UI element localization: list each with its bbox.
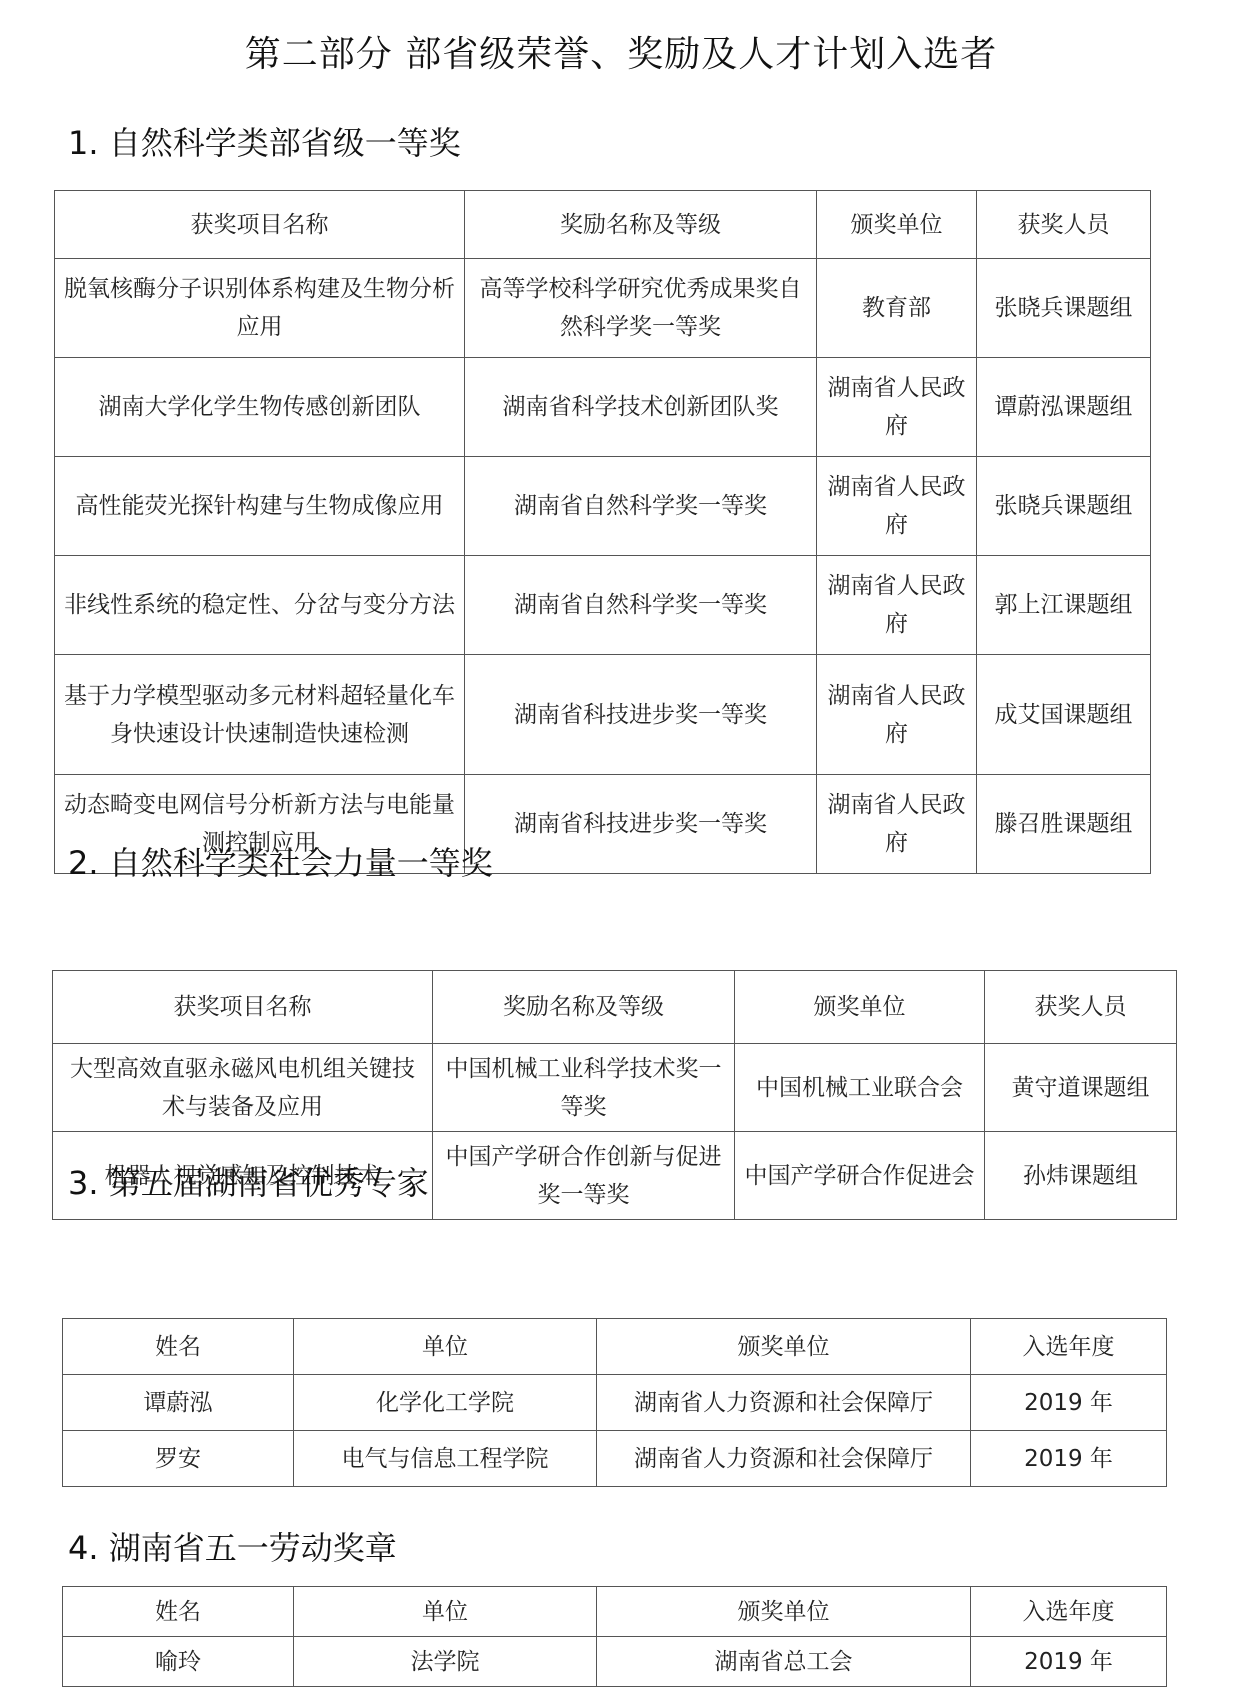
cell-year: 2019 年 [971, 1375, 1167, 1431]
section-heading-4: 4. 湖南省五一劳动奖章 [68, 1523, 397, 1569]
header-winners: 获奖人员 [977, 191, 1151, 259]
table-hunan-outstanding-experts: 姓名 单位 颁奖单位 入选年度 谭蔚泓 化学化工学院 湖南省人力资源和社会保障厅… [62, 1318, 1167, 1487]
cell-winners: 滕召胜课题组 [977, 775, 1151, 874]
cell-name: 喻玲 [63, 1637, 294, 1687]
header-issuer: 颁奖单位 [817, 191, 977, 259]
cell-name: 谭蔚泓 [63, 1375, 294, 1431]
cell-winners: 张晓兵课题组 [977, 457, 1151, 556]
cell-unit: 电气与信息工程学院 [294, 1431, 597, 1487]
cell-issuer: 湖南省人民政府 [817, 655, 977, 775]
page-title: 第二部分 部省级荣誉、奖励及人才计划入选者 [0, 26, 1242, 77]
header-award-name: 奖励名称及等级 [465, 191, 817, 259]
cell-year: 2019 年 [971, 1637, 1167, 1687]
cell-issuer: 湖南省人力资源和社会保障厅 [597, 1375, 971, 1431]
cell-unit: 法学院 [294, 1637, 597, 1687]
cell-winners: 成艾国课题组 [977, 655, 1151, 775]
table-row: 高性能荧光探针构建与生物成像应用 湖南省自然科学奖一等奖 湖南省人民政府 张晓兵… [55, 457, 1151, 556]
table-row: 喻玲 法学院 湖南省总工会 2019 年 [63, 1637, 1167, 1687]
cell-issuer: 湖南省人民政府 [817, 775, 977, 874]
header-issuer: 颁奖单位 [735, 971, 985, 1044]
header-unit: 单位 [294, 1319, 597, 1375]
cell-issuer: 湖南省人民政府 [817, 358, 977, 457]
cell-winners: 郭上江课题组 [977, 556, 1151, 655]
cell-unit: 化学化工学院 [294, 1375, 597, 1431]
table-row: 湖南大学化学生物传感创新团队 湖南省科学技术创新团队奖 湖南省人民政府 谭蔚泓课… [55, 358, 1151, 457]
header-unit: 单位 [294, 1587, 597, 1637]
header-year: 入选年度 [971, 1319, 1167, 1375]
cell-award-name: 湖南省科技进步奖一等奖 [465, 655, 817, 775]
header-project-name: 获奖项目名称 [53, 971, 433, 1044]
cell-winners: 孙炜课题组 [985, 1132, 1177, 1220]
cell-award-name: 高等学校科学研究优秀成果奖自然科学奖一等奖 [465, 259, 817, 358]
table-row: 脱氧核酶分子识别体系构建及生物分析应用 高等学校科学研究优秀成果奖自然科学奖一等… [55, 259, 1151, 358]
cell-winners: 谭蔚泓课题组 [977, 358, 1151, 457]
cell-name: 罗安 [63, 1431, 294, 1487]
cell-award-name: 湖南省科技进步奖一等奖 [465, 775, 817, 874]
header-issuer: 颁奖单位 [597, 1587, 971, 1637]
header-name: 姓名 [63, 1319, 294, 1375]
header-award-name: 奖励名称及等级 [433, 971, 735, 1044]
header-issuer: 颁奖单位 [597, 1319, 971, 1375]
cell-award-name: 湖南省自然科学奖一等奖 [465, 556, 817, 655]
table-row: 非线性系统的稳定性、分岔与变分方法 湖南省自然科学奖一等奖 湖南省人民政府 郭上… [55, 556, 1151, 655]
table-header-row: 获奖项目名称 奖励名称及等级 颁奖单位 获奖人员 [53, 971, 1177, 1044]
table-hunan-may-day-labor-medal: 姓名 单位 颁奖单位 入选年度 喻玲 法学院 湖南省总工会 2019 年 [62, 1586, 1167, 1687]
cell-project-name: 脱氧核酶分子识别体系构建及生物分析应用 [55, 259, 465, 358]
table-natural-science-provincial-first-prize: 获奖项目名称 奖励名称及等级 颁奖单位 获奖人员 脱氧核酶分子识别体系构建及生物… [54, 190, 1151, 874]
cell-issuer: 教育部 [817, 259, 977, 358]
header-winners: 获奖人员 [985, 971, 1177, 1044]
table-row: 大型高效直驱永磁风电机组关键技术与装备及应用 中国机械工业科学技术奖一等奖 中国… [53, 1044, 1177, 1132]
cell-winners: 黄守道课题组 [985, 1044, 1177, 1132]
table-header-row: 姓名 单位 颁奖单位 入选年度 [63, 1319, 1167, 1375]
cell-project-name: 非线性系统的稳定性、分岔与变分方法 [55, 556, 465, 655]
cell-issuer: 湖南省人民政府 [817, 556, 977, 655]
cell-award-name: 湖南省科学技术创新团队奖 [465, 358, 817, 457]
cell-project-name: 高性能荧光探针构建与生物成像应用 [55, 457, 465, 556]
cell-award-name: 湖南省自然科学奖一等奖 [465, 457, 817, 556]
header-year: 入选年度 [971, 1587, 1167, 1637]
section-heading-2: 2. 自然科学类社会力量一等奖 [68, 838, 493, 884]
cell-year: 2019 年 [971, 1431, 1167, 1487]
cell-issuer: 中国产学研合作促进会 [735, 1132, 985, 1220]
table-header-row: 获奖项目名称 奖励名称及等级 颁奖单位 获奖人员 [55, 191, 1151, 259]
cell-project-name: 基于力学模型驱动多元材料超轻量化车身快速设计快速制造快速检测 [55, 655, 465, 775]
cell-project-name: 湖南大学化学生物传感创新团队 [55, 358, 465, 457]
section-heading-1: 1. 自然科学类部省级一等奖 [68, 118, 461, 164]
cell-project-name: 大型高效直驱永磁风电机组关键技术与装备及应用 [53, 1044, 433, 1132]
cell-award-name: 中国机械工业科学技术奖一等奖 [433, 1044, 735, 1132]
header-name: 姓名 [63, 1587, 294, 1637]
table-row: 基于力学模型驱动多元材料超轻量化车身快速设计快速制造快速检测 湖南省科技进步奖一… [55, 655, 1151, 775]
cell-winners: 张晓兵课题组 [977, 259, 1151, 358]
section-heading-3: 3. 第五届湖南省优秀专家 [68, 1158, 429, 1204]
header-project-name: 获奖项目名称 [55, 191, 465, 259]
cell-issuer: 湖南省总工会 [597, 1637, 971, 1687]
table-row: 罗安 电气与信息工程学院 湖南省人力资源和社会保障厅 2019 年 [63, 1431, 1167, 1487]
cell-issuer: 湖南省人民政府 [817, 457, 977, 556]
table-header-row: 姓名 单位 颁奖单位 入选年度 [63, 1587, 1167, 1637]
cell-award-name: 中国产学研合作创新与促进奖一等奖 [433, 1132, 735, 1220]
cell-issuer: 湖南省人力资源和社会保障厅 [597, 1431, 971, 1487]
cell-issuer: 中国机械工业联合会 [735, 1044, 985, 1132]
table-row: 谭蔚泓 化学化工学院 湖南省人力资源和社会保障厅 2019 年 [63, 1375, 1167, 1431]
